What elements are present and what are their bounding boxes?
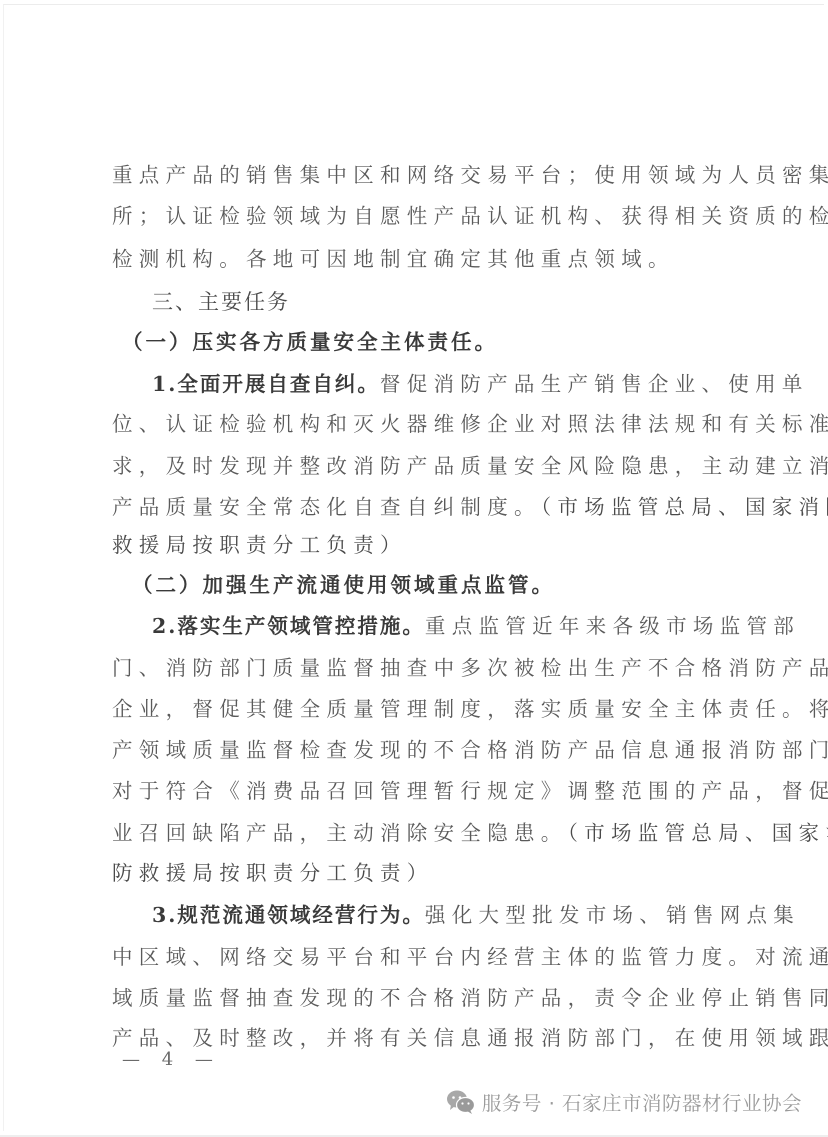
item-1-first-line: 1.全面开展自查自纠。督促消防产品生产销售企业、使用单 [152,370,772,398]
item-1-lead: 1.全面开展自查自纠。 [152,372,380,396]
item-2-text: 重点监管近年来各级市场监管部 [425,614,800,638]
body-text-line: 产品质量安全常态化自查自纠制度。（市场监管总局、国家消防 [112,493,732,521]
body-text-line: 求，及时发现并整改消防产品质量安全风险隐患，主动建立消防 [112,452,732,480]
watermark-text: 服务号 · 石家庄市消防器材行业协会 [482,1088,802,1116]
item-3-lead: 3.规范流通领域经营行为。 [152,903,425,927]
page-number: — 4 — [122,1049,221,1070]
responsible-agency: 防救援局按职责分工负责） [112,859,732,887]
item-2-lead: 2.落实生产领域管控措施。 [152,614,425,638]
body-text-line: 产领域质量监督检查发现的不合格消防产品信息通报消防部门， [112,736,732,764]
body-text-line: 企业，督促其健全质量管理制度，落实质量安全主体责任。将生 [112,695,732,723]
body-text-line: 门、消防部门质量监督抽查中多次被检出生产不合格消防产品的 [112,654,732,682]
item-2-text: 业召回缺陷产品，主动消除安全隐患。 [112,821,568,845]
document-page: 重点产品的销售集中区和网络交易平台；使用领域为人员密集场 所；认证检验领域为自愿… [3,4,824,1131]
body-text-line: 产品、及时整改，并将有关信息通报消防部门，在使用领域跟踪 [112,1024,732,1052]
item-1-text: 督促消防产品生产销售企业、使用单 [380,372,809,396]
body-text-line: 重点产品的销售集中区和网络交易平台；使用领域为人员密集场 [112,161,732,189]
item-3-text: 强化大型批发市场、销售网点集 [425,903,800,927]
wechat-icon [446,1089,476,1115]
responsible-agency: （市场监管总局、国家消防 [541,495,828,519]
responsible-agency: （市场监管总局、国家消 [568,821,828,845]
item-1-text: 产品质量安全常态化自查自纠制度。 [112,495,541,519]
body-text-line: 业召回缺陷产品，主动消除安全隐患。（市场监管总局、国家消 [112,819,732,847]
item-2-first-line: 2.落实生产领域管控措施。重点监管近年来各级市场监管部 [152,612,772,640]
responsible-agency: 救援局按职责分工负责） [112,531,732,559]
body-text-line: 域质量监督抽查发现的不合格消防产品，责令企业停止销售同一 [112,984,732,1012]
subsection-title: （一）压实各方质量安全主体责任。 [122,328,742,356]
body-text-line: 所；认证检验领域为自愿性产品认证机构、获得相关资质的检验 [112,202,732,230]
subsection-title: （二）加强生产流通使用领域重点监管。 [132,571,752,599]
body-text-line: 中区域、网络交易平台和平台内经营主体的监管力度。对流通领 [112,943,732,971]
body-text-line: 位、认证检验机构和灭火器维修企业对照法律法规和有关标准要 [112,410,732,438]
account-watermark: 服务号 · 石家庄市消防器材行业协会 [446,1088,802,1116]
section-heading: 三、主要任务 [152,288,732,316]
body-text-line: 对于符合《消费品召回管理暂行规定》调整范围的产品，督促企 [112,777,732,805]
item-3-first-line: 3.规范流通领域经营行为。强化大型批发市场、销售网点集 [152,901,772,929]
body-text-line: 检测机构。各地可因地制宜确定其他重点领域。 [112,245,732,273]
